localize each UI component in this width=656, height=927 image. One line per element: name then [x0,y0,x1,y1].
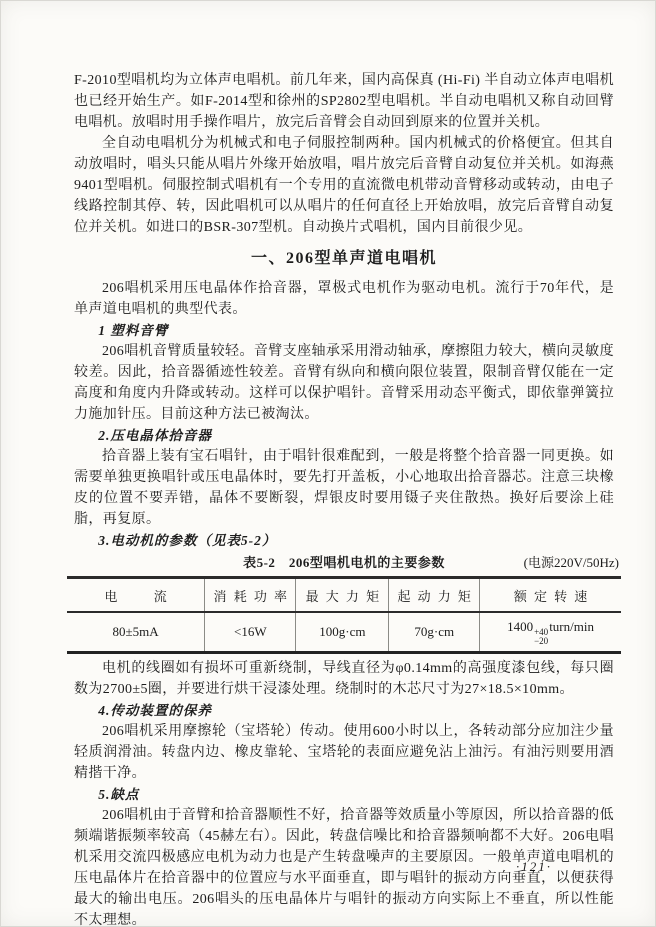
cell-start-torque: 70g·cm [389,612,480,653]
paragraph-pickup: 拾音器上装有宝石唱针，由于唱针很难配到，一般是将整个拾音器一同更换。如需要单独更… [74,446,614,530]
col-header-current: 电流 [67,578,205,613]
paragraph-full-auto: 全自动电唱机分为机械式和电子伺服控制两种。国内机械式的价格便宜。但其自动放唱时，… [74,133,614,238]
cell-max-torque: 100g·cm [296,612,389,653]
speed-tolerance-minus: −20 [534,637,548,646]
paragraph-tonearm: 206唱机音臂质量较轻。音臂支座轴承采用滑动轴承，摩擦阻力较大，横向灵敏度较差。… [74,341,614,425]
subheading-drive-maintenance: 4.传动装置的保养 [74,700,614,721]
table-header-row: 电流 消耗功率 最大力矩 起动力矩 额定转速 [67,578,621,613]
paragraph-carryover: F-2010型唱机均为立体声电唱机。前几年来，国内高保真 (Hi-Fi) 半自动… [74,70,614,133]
subheading-motor-params: 3.电动机的参数（见表5-2） [74,530,614,551]
col-header-power: 消耗功率 [205,578,296,613]
subheading-plastic-tonearm: 1 塑料音臂 [74,320,614,341]
speed-value: 1400 [507,619,533,634]
col-header-max-torque: 最大力矩 [296,578,389,613]
scanned-book-page: F-2010型唱机均为立体声电唱机。前几年来，国内高保真 (Hi-Fi) 半自动… [0,0,656,927]
cell-rated-speed: 1400+40−20turn/min [480,612,621,653]
speed-unit: turn/min [549,619,594,634]
col-header-rated-speed: 额定转速 [480,578,621,613]
motor-params-table: 表5-2 206型唱机电机的主要参数 (电源220V/50Hz) 电流 消耗功率… [67,553,621,654]
paragraph-drive-maintenance: 206唱机采用摩擦轮（宝塔轮）传动。使用600小时以上，各转动部分应加注少量轻质… [74,721,614,784]
subheading-piezo-pickup: 2.压电晶体拾音器 [74,425,614,446]
col-header-start-torque: 起动力矩 [389,578,480,613]
table-data-row: 80±5mA <16W 100g·cm 70g·cm 1400+40−20tur… [67,612,621,653]
table-power-note: (电源220V/50Hz) [524,553,619,573]
paragraph-lead: 206唱机采用压电晶体作拾音器，罩极式电机作为驱动电机。流行于70年代，是单声道… [74,278,614,320]
cell-current: 80±5mA [67,612,205,653]
params-table: 电流 消耗功率 最大力矩 起动力矩 额定转速 80±5mA <16W 100g·… [67,576,621,654]
subheading-drawbacks: 5.缺点 [74,784,614,805]
table-caption-row: 表5-2 206型唱机电机的主要参数 (电源220V/50Hz) [67,553,621,573]
paragraph-coil-rewind: 电机的线圈如有损坏可重新绕制，导线直径为φ0.14mm的高强度漆包线，每只圈数为… [74,658,614,700]
speed-tolerance: +40−20 [534,628,548,646]
page-number: ·121· [516,859,552,875]
cell-power: <16W [205,612,296,653]
section-heading: 一、206型单声道电唱机 [74,248,614,270]
